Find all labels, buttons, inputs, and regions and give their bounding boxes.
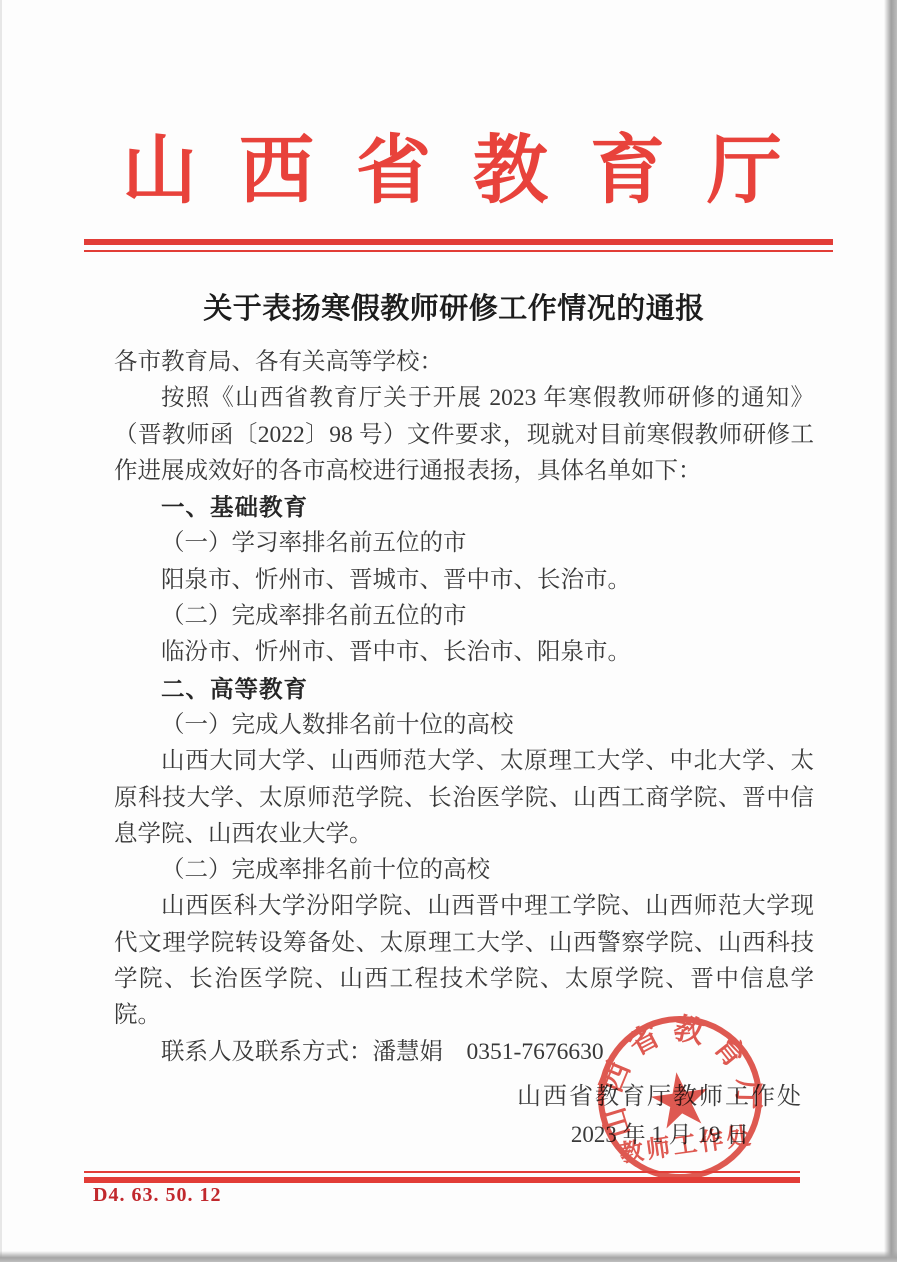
document-title: 关于表扬寒假教师研修工作情况的通报 <box>84 286 824 327</box>
intro-paragraph: 按照《山西省教育厅关于开展 2023 年寒假教师研修的通知》（晋教师函〔2022… <box>114 380 814 489</box>
section-2-heading: 二、高等教育 <box>114 671 814 707</box>
letterhead-rule-thick <box>84 239 833 245</box>
letterhead-agency-title: 山西省教育厅 <box>122 133 782 223</box>
section-1-item-1-content: 阳泉市、忻州市、晋城市、晋中市、长治市。 <box>114 562 814 598</box>
section-1-item-2-label: （二）完成率排名前五位的市 <box>114 598 814 634</box>
footer-rule-thick <box>84 1177 800 1183</box>
scanned-document-page: 山西省教育厅 关于表扬寒假教师研修工作情况的通报 各市教育局、各有关高等学校： … <box>0 0 897 1262</box>
letterhead-char: 育 <box>590 133 665 212</box>
letterhead-char: 山 <box>122 133 197 212</box>
seal-star-icon <box>648 1068 712 1130</box>
section-1-heading: 一、基础教育 <box>114 489 814 525</box>
letterhead-char: 厅 <box>707 133 782 212</box>
section-1-item-1-label: （一）学习率排名前五位的市 <box>114 525 814 561</box>
section-2-item-2-label: （二）完成率排名前十位的高校 <box>114 852 814 888</box>
seal-group: 山西省教育厅 教师工作处 <box>594 1012 766 1184</box>
official-seal-stamp: 山西省教育厅 教师工作处 <box>594 1012 766 1184</box>
seal-arc-text: 山西省教育厅 <box>594 1012 766 1143</box>
letterhead-char: 西 <box>239 133 314 212</box>
scan-edge-right <box>884 0 897 1262</box>
letterhead-char: 省 <box>356 133 431 212</box>
archive-code: D4. 63. 50. 12 <box>93 1184 221 1207</box>
section-1-item-2-content: 临汾市、忻州市、晋中市、长治市、阳泉市。 <box>114 634 814 670</box>
scan-edge-left <box>0 0 2 1262</box>
scan-edge-bottom <box>0 1251 897 1262</box>
section-2-item-1-content: 山西大同大学、山西师范大学、太原理工大学、中北大学、太原科技大学、太原师范学院、… <box>114 743 814 852</box>
letterhead-rule-thin <box>84 250 833 252</box>
section-2-item-1-label: （一）完成人数排名前十位的高校 <box>114 707 814 743</box>
footer-rule-thin <box>84 1171 800 1173</box>
seal-banner-text: 教师工作处 <box>618 1121 756 1168</box>
salutation-line: 各市教育局、各有关高等学校： <box>114 344 814 380</box>
document-body: 各市教育局、各有关高等学校： 按照《山西省教育厅关于开展 2023 年寒假教师研… <box>114 344 814 1070</box>
letterhead-char: 教 <box>473 133 548 212</box>
